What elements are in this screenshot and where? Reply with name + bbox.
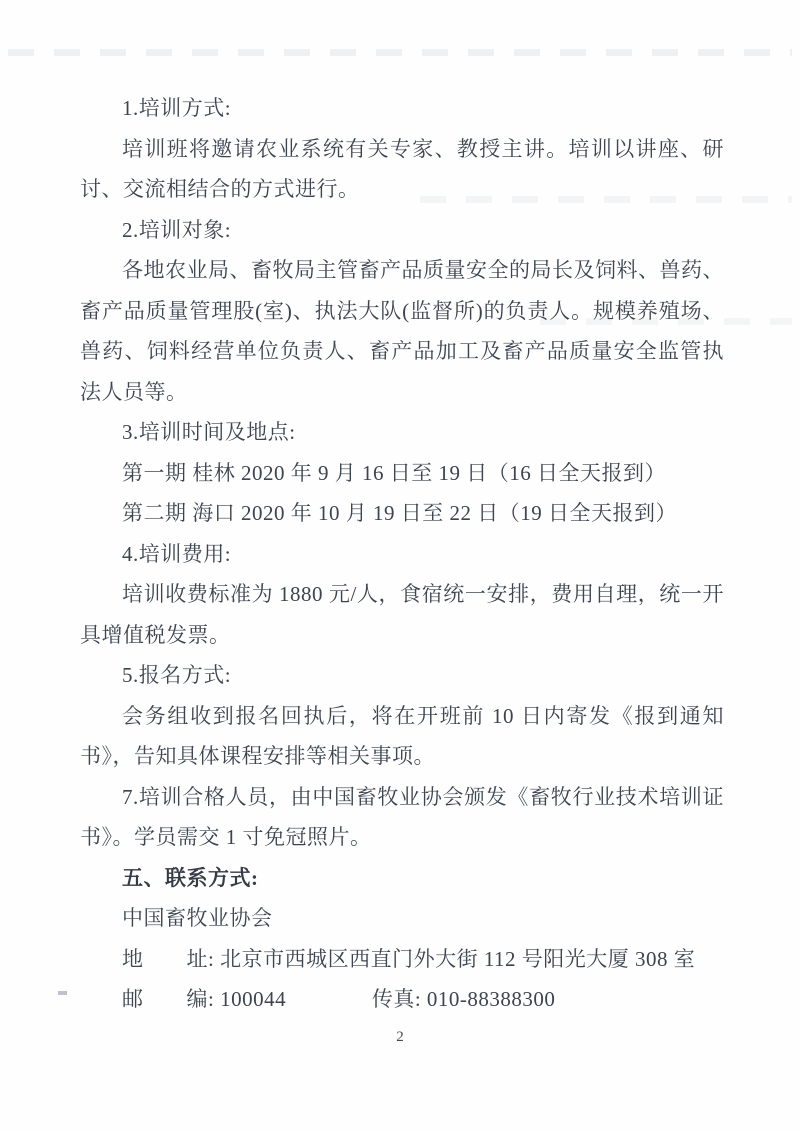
contact-zip-fax-row: 邮 编: 100044 传真: 010-88388300 [80, 979, 724, 1020]
contact-fax-number: 传真: 010-88388300 [372, 987, 556, 1011]
certificate-paragraph: 7.培训合格人员，由中国畜牧业协会颁发《畜牧行业技术培训证书》。学员需交 1 寸… [80, 777, 724, 858]
section-5-heading: 5.报名方式: [80, 655, 724, 696]
contact-address: 地 址: 北京市西城区西直门外大街 112 号阳光大厦 308 室 [80, 939, 724, 980]
schedule-session-2: 第二期 海口 2020 年 10 月 19 日至 22 日（19 日全天报到） [80, 493, 724, 534]
contact-organization: 中国畜牧业协会 [80, 898, 724, 939]
section-3-heading: 3.培训时间及地点: [80, 412, 724, 453]
contact-zip-code: 邮 编: 100044 [122, 987, 286, 1011]
page-number: 2 [0, 1027, 800, 1047]
schedule-session-1: 第一期 桂林 2020 年 9 月 16 日至 19 日（16 日全天报到） [80, 453, 724, 494]
document-page: 1.培训方式: 培训班将邀请农业系统有关专家、教授主讲。培训以讲座、研讨、交流相… [0, 0, 800, 1131]
section-1-heading: 1.培训方式: [80, 88, 724, 129]
section-1-paragraph: 培训班将邀请农业系统有关专家、教授主讲。培训以讲座、研讨、交流相结合的方式进行。 [80, 129, 724, 210]
document-body: 1.培训方式: 培训班将邀请农业系统有关专家、教授主讲。培训以讲座、研讨、交流相… [0, 0, 800, 1020]
section-2-paragraph: 各地农业局、畜牧局主管畜产品质量安全的局长及饲料、兽药、畜产品质量管理股(室)、… [80, 250, 724, 412]
section-2-heading: 2.培训对象: [80, 210, 724, 251]
section-4-paragraph: 培训收费标准为 1880 元/人，食宿统一安排，费用自理，统一开具增值税发票。 [80, 574, 724, 655]
section-5-paragraph: 会务组收到报名回执后，将在开班前 10 日内寄发《报到通知书》，告知具体课程安排… [80, 696, 724, 777]
section-4-heading: 4.培训费用: [80, 534, 724, 575]
contact-section-heading: 五、联系方式: [80, 858, 724, 899]
